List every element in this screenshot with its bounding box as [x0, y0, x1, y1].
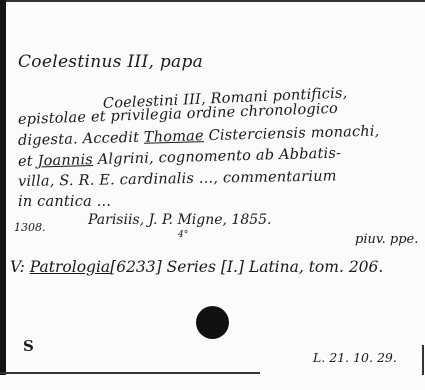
catalog-card: Coelestinus III, papa Coelestini III, Ro… — [0, 0, 425, 390]
series-statement: V: Patrologia[6233] Series [I.] Latina, … — [10, 258, 383, 276]
stamp-letter: S — [23, 337, 34, 355]
call-number: 1308. — [14, 221, 46, 234]
body-line-4: et Joannis Algrini, cognomento ab Abbati… — [18, 146, 342, 170]
card-edge-top — [0, 0, 425, 2]
card-edge-right — [422, 345, 424, 375]
imprint: Parisiis, J. P. Migne, 1855. — [88, 212, 272, 228]
body-line-3-a: digesta. Accedit — [18, 130, 140, 149]
body-line-5: villa, S. R. E. cardinalis ..., commenta… — [18, 168, 337, 190]
series-rest: [6233] Series [I.] Latina, tom. 206. — [110, 258, 383, 276]
body-line-3-b: Cisterciensis monachi, — [208, 124, 379, 144]
provenance-note: piuv. ppe. — [355, 232, 418, 247]
punch-hole — [196, 306, 229, 339]
body-line-6: in cantica ... — [18, 194, 111, 210]
format: 4° — [178, 230, 188, 240]
series-title: Patrologia — [30, 258, 110, 276]
body-line-4-a: et — [18, 154, 33, 170]
body-line-4-b: Algrini, cognomento ab Abbatis- — [98, 146, 342, 168]
card-heading: Coelestinus III, papa — [18, 52, 203, 72]
card-edge-left — [0, 0, 6, 375]
card-edge-bottom — [0, 372, 260, 374]
body-line-4-joannis: Joannis — [37, 152, 93, 169]
date-note: L. 21. 10. 29. — [313, 350, 397, 365]
body-line-3-thomae: Thomae — [144, 128, 204, 146]
series-prefix: V: — [10, 258, 25, 276]
